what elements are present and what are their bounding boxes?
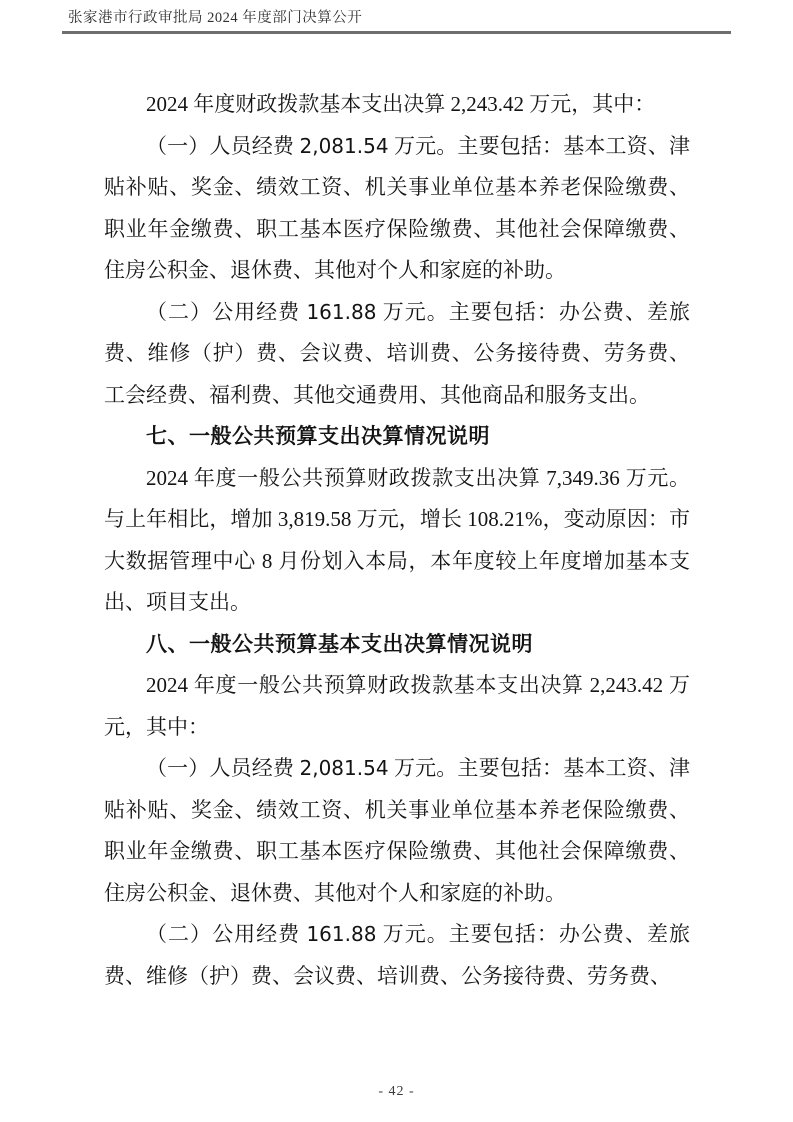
paragraph: 2024 年度财政拨款基本支出决算 2,243.42 万元，其中： [104,84,690,126]
paragraph-text: 2024 年度财政拨款基本支出决算 2,243.42 万元，其中： [146,92,655,116]
paragraph-text: 七、一般公共预算支出决算情况说明 [146,425,490,448]
paragraph: （二）公用经费 161.88 万元。主要包括：办公费、差旅费、维修（护）费、会议… [104,914,690,997]
paragraph-text: （二）公用经费 [146,922,306,946]
paragraph: （一）人员经费 2,081.54 万元。主要包括：基本工资、津贴补贴、奖金、绩效… [104,748,690,914]
page-footer: - 42 - [0,1084,793,1100]
paragraph: （一）人员经费 2,081.54 万元。主要包括：基本工资、津贴补贴、奖金、绩效… [104,126,690,292]
paragraph: （二）公用经费 161.88 万元。主要包括：办公费、差旅费、维修（护）费、会议… [104,292,690,417]
paragraph: 2024 年度一般公共预算财政拨款支出决算 7,349.36 万元。与上年相比，… [104,458,690,624]
paragraph-text: （二）公用经费 [146,300,306,324]
amount-number: 161.88 [306,300,376,324]
page-number: - 42 - [378,1084,414,1099]
section-heading: 八、一般公共预算基本支出决算情况说明 [104,624,690,666]
document-body: 2024 年度财政拨款基本支出决算 2,243.42 万元，其中：（一）人员经费… [104,84,690,997]
paragraph-text: 2024 年度一般公共预算财政拨款支出决算 7,349.36 万元。与上年相比，… [104,466,690,615]
amount-number: 2,081.54 [300,134,389,158]
paragraph-text: 2024 年度一般公共预算财政拨款基本支出决算 2,243.42 万元，其中： [104,673,690,739]
amount-number: 2,081.54 [300,756,389,780]
paragraph-text: 八、一般公共预算基本支出决算情况说明 [146,633,533,656]
section-heading: 七、一般公共预算支出决算情况说明 [104,416,690,458]
header-title: 张家港市行政审批局 2024 年度部门决算公开 [62,9,731,28]
paragraph-text: （一）人员经费 [146,134,300,158]
paragraph: 2024 年度一般公共预算财政拨款基本支出决算 2,243.42 万元，其中： [104,665,690,748]
header-rule [62,31,731,34]
page-header: 张家港市行政审批局 2024 年度部门决算公开 [62,9,731,34]
amount-number: 161.88 [306,922,376,946]
paragraph-text: （一）人员经费 [146,756,300,780]
document-page: 张家港市行政审批局 2024 年度部门决算公开 2024 年度财政拨款基本支出决… [0,0,793,1122]
